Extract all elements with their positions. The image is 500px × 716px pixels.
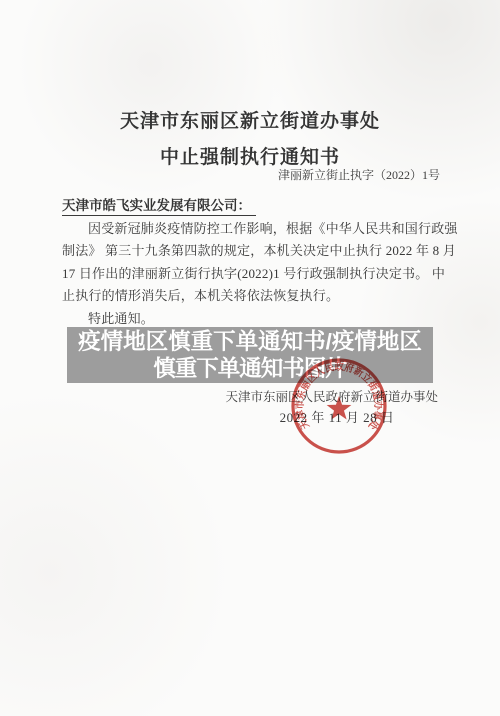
document-photo: 天津市东丽区新立街道办事处 中止强制执行通知书 津丽新立街止执字（2022）1号…: [0, 0, 500, 716]
body-line: 因受新冠肺炎疫情防控工作影响，根据《中华人民共和国行政强: [62, 218, 444, 240]
body-line: 止执行的情形消失后，本机关将依法恢复执行。: [62, 285, 444, 307]
document-title-line1: 天津市东丽区新立街道办事处: [0, 106, 500, 133]
body-line: 制法》 第三十九条第四款的规定，本机关决定中止执行 2022 年 8 月: [62, 240, 444, 262]
body-line: 17 日作出的津丽新立街行执字(2022)1 号行政强制执行决定书。 中: [62, 263, 444, 285]
official-seal: 天津市东丽区人民政府新立街道办事处: [279, 346, 399, 466]
addressee-line: 天津市皓飞实业发展有限公司：: [62, 194, 256, 216]
document-title-line2: 中止强制执行通知书: [0, 142, 500, 169]
star-icon: [327, 396, 352, 420]
body-paragraph: 因受新冠肺炎疫情防控工作影响，根据《中华人民共和国行政强 制法》 第三十九条第四…: [62, 218, 444, 330]
document-number: 津丽新立街止执字（2022）1号: [278, 166, 440, 183]
